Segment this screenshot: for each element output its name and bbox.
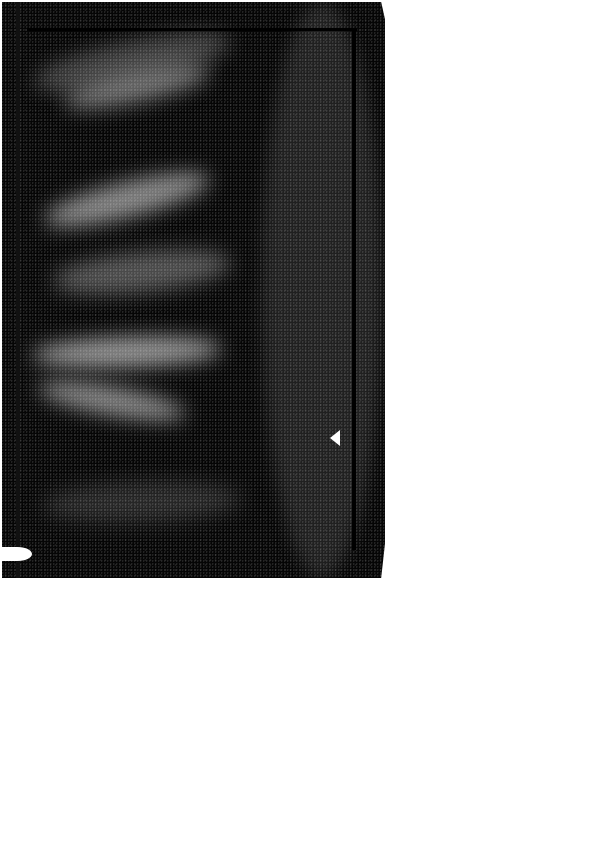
cover-border-line — [352, 30, 356, 550]
book-cover — [2, 2, 385, 578]
spine-edge — [16, 2, 20, 578]
cover-tear — [2, 547, 32, 561]
cover-border-line — [27, 28, 357, 31]
scan-grain — [2, 2, 385, 578]
cover-tear — [330, 430, 340, 446]
scanned-page: Dark, heavily worn cloth book cover scan… — [0, 0, 592, 841]
